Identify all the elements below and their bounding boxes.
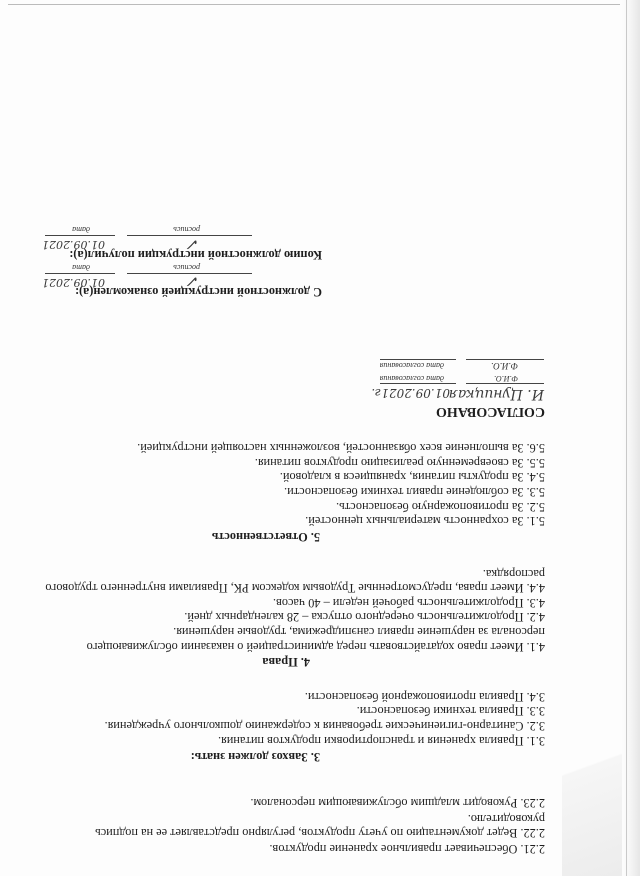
item-2-22-cont: руководителю.: [468, 812, 545, 826]
approval-date: 01.09.2021г.: [371, 386, 450, 400]
approval-name-label: Ф.И.О.: [494, 374, 518, 383]
item-4-4-cont: распорядка.: [483, 567, 545, 581]
approval2-date-label: дата согласования: [380, 361, 444, 370]
acknowledged-signature: ✓: [187, 272, 200, 291]
item-5-4: 5.4. За продукты питания, хранящиеся в к…: [280, 470, 545, 484]
approval2-date-line: [380, 359, 456, 360]
item-5-3: 5.3. За соблюдение правил техники безопа…: [284, 485, 545, 499]
item-3-4: 3.4. Правила противопожарной безопасност…: [305, 690, 545, 704]
copy-received-date: 01.09.2021: [42, 238, 105, 251]
approval-signature: И. Цуницкая: [449, 386, 544, 402]
section-4-title: 4. Права: [262, 655, 310, 669]
approval2-name-line: [466, 359, 544, 360]
acknowledged-sign-label: роспись: [173, 263, 200, 272]
copy-received-date-label: дата: [72, 225, 90, 234]
item-4-1: 4.1. Имеет право ходатайствовать перед а…: [87, 640, 545, 654]
item-4-1-cont: персонала за нарушение правил санэпидреж…: [173, 625, 545, 639]
item-4-3: 4.3. Продолжительность рабочей недели – …: [273, 596, 545, 610]
copy-received-sign-label: роспись: [173, 225, 200, 234]
item-3-2: 3.2. Санитарно-гигиенические требования …: [105, 719, 545, 733]
item-5-6: 5.6. За выполнение всех обязанностей, во…: [137, 441, 545, 455]
approval-date-label: дата согласования: [380, 374, 444, 383]
item-3-3: 3.3. Правила техники безопасности.: [357, 704, 545, 718]
acknowledged-date: 01.09.2021: [42, 276, 105, 289]
acknowledged-date-line: [45, 273, 115, 274]
item-5-2: 5.2. За противопожарную безопасность.: [336, 500, 545, 514]
item-5-1: 5.1. За сохранность материальных ценност…: [305, 514, 545, 528]
item-3-1: 3.1. Правила хранения и транспортировки …: [218, 734, 545, 748]
section-5-title: 5. Ответственность: [212, 530, 320, 544]
approval-date-line: [380, 383, 456, 384]
item-2-23: 2.23. Руководит младшим обслуживающим пе…: [250, 796, 545, 810]
paper-fold: [562, 696, 622, 876]
approval2-name-label: Ф.И.О.: [491, 361, 518, 371]
item-4-2: 4.2. Продолжительность очередного отпуск…: [184, 610, 545, 624]
item-2-21: 2.21. Обеспечивает правильное хранение п…: [269, 842, 545, 856]
scanned-document-page: 2.21. Обеспечивает правильное хранение п…: [0, 0, 640, 876]
section-3-title: 3. Завхоз должен знать:: [191, 750, 320, 764]
copy-received-date-line: [45, 235, 115, 236]
acknowledged-sign-line: [127, 273, 252, 274]
approval-title: СОГЛАСОВАНО: [436, 404, 545, 418]
item-4-4: 4.4. Имеет права, предусмотренные Трудов…: [45, 581, 545, 595]
scan-border: [8, 4, 620, 5]
paper-edge-shadow: [622, 0, 640, 876]
copy-received-signature: ✓: [187, 235, 200, 254]
copy-received-sign-line: [127, 235, 252, 236]
acknowledged-date-label: дата: [72, 263, 90, 272]
approval-name-line: [466, 383, 544, 384]
item-2-22: 2.22. Ведет документацию по учету продук…: [95, 826, 545, 840]
item-5-5: 5.5. За своевременную реализацию продукт…: [255, 456, 545, 470]
